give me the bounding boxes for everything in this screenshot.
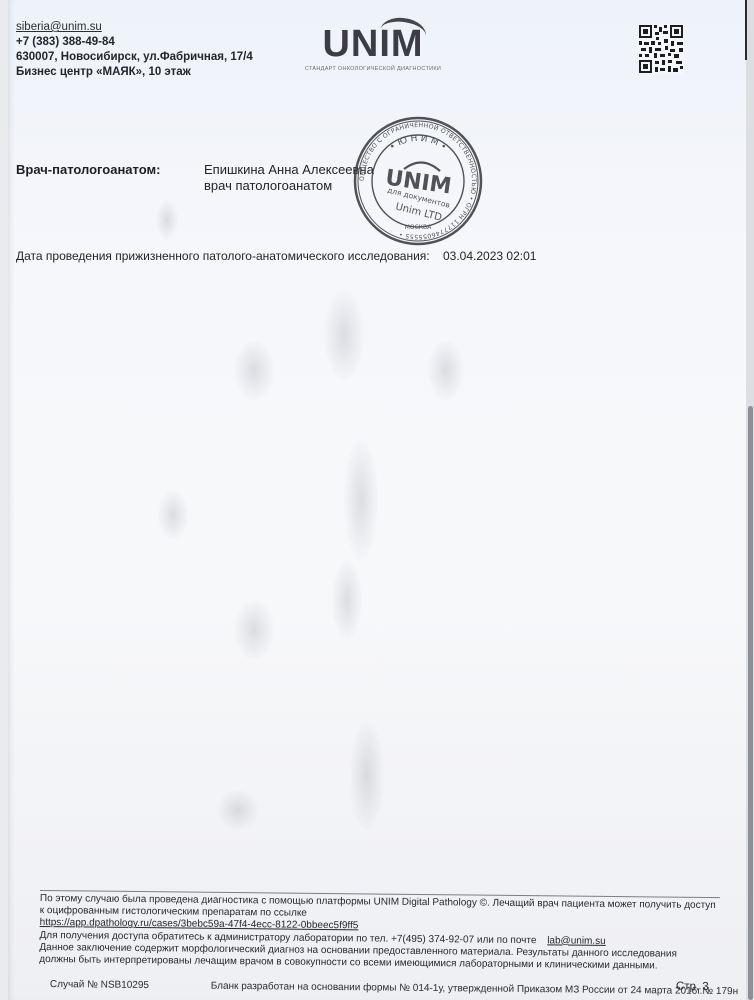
lab-email-link[interactable]: lab@unim.su — [547, 935, 606, 947]
document-page: siberia@unim.su +7 (383) 388-49-84 63000… — [8, 0, 746, 1000]
vertical-scrollbar[interactable] — [746, 0, 754, 1000]
case-number: Случай № NSB10295 — [50, 979, 208, 992]
contact-phone: +7 (383) 388-49-84 — [16, 35, 253, 50]
contact-building: Бизнес центр «МАЯК», 10 этаж — [16, 65, 253, 80]
footer-notice: По этому случаю была проведена диагности… — [39, 890, 730, 973]
paper-smudge — [234, 340, 274, 400]
paper-smudge — [156, 200, 178, 240]
window-edge — [745, 0, 747, 60]
paper-smudge — [428, 340, 464, 400]
paper-smudge — [234, 600, 274, 660]
paper-smudge — [218, 790, 258, 830]
form-note: Бланк разработан на основании формы № 01… — [211, 981, 739, 998]
logo-wordmark: UNIM — [322, 24, 423, 64]
study-date-value: 03.04.2023 02:01 — [443, 249, 536, 263]
paper-smudge — [324, 290, 364, 380]
page-number: Стр. 3 — [676, 981, 709, 993]
doctor-label: Врач-патологоанатом: — [16, 162, 160, 177]
svg-text:• Ю Н И М •: • Ю Н И М • — [388, 134, 448, 153]
paper-smudge — [332, 560, 362, 640]
paper-smudge — [350, 720, 384, 830]
contact-email-link[interactable]: siberia@unim.su — [16, 20, 253, 35]
study-date-line: Дата проведения прижизненного патолого-а… — [16, 249, 536, 263]
stamp-top-text: • Ю Н И М • — [388, 134, 448, 153]
company-stamp: ОБЩЕСТВО С ОГРАНИЧЕННОЙ ОТВЕТСТВЕННОСТЬЮ… — [352, 115, 484, 247]
doctor-info: Епишкина Анна Алексеевна врач патологоан… — [204, 162, 374, 194]
stamp-city: МОСКВА — [405, 224, 432, 231]
footer-meta: Случай № NSB10295 Бланк разработан на ос… — [50, 979, 740, 997]
scrollbar-thumb[interactable] — [748, 406, 753, 1000]
qr-code-icon — [638, 24, 684, 74]
unim-logo: UNIM стандарт онкологической диагностики — [298, 24, 448, 84]
contact-address: 630007, Новосибирск, ул.Фабричная, 17/4 — [16, 50, 253, 65]
logo-arc-icon — [379, 15, 429, 51]
contact-block: siberia@unim.su +7 (383) 388-49-84 63000… — [16, 20, 253, 80]
logo-tagline: стандарт онкологической диагностики — [298, 66, 448, 72]
doctor-position: врач патологоанатом — [204, 178, 374, 194]
study-date-label: Дата проведения прижизненного патолого-а… — [16, 249, 430, 263]
paper-smudge — [344, 440, 378, 560]
doctor-name: Епишкина Анна Алексеевна — [204, 162, 374, 178]
paper-smudge — [158, 490, 188, 540]
